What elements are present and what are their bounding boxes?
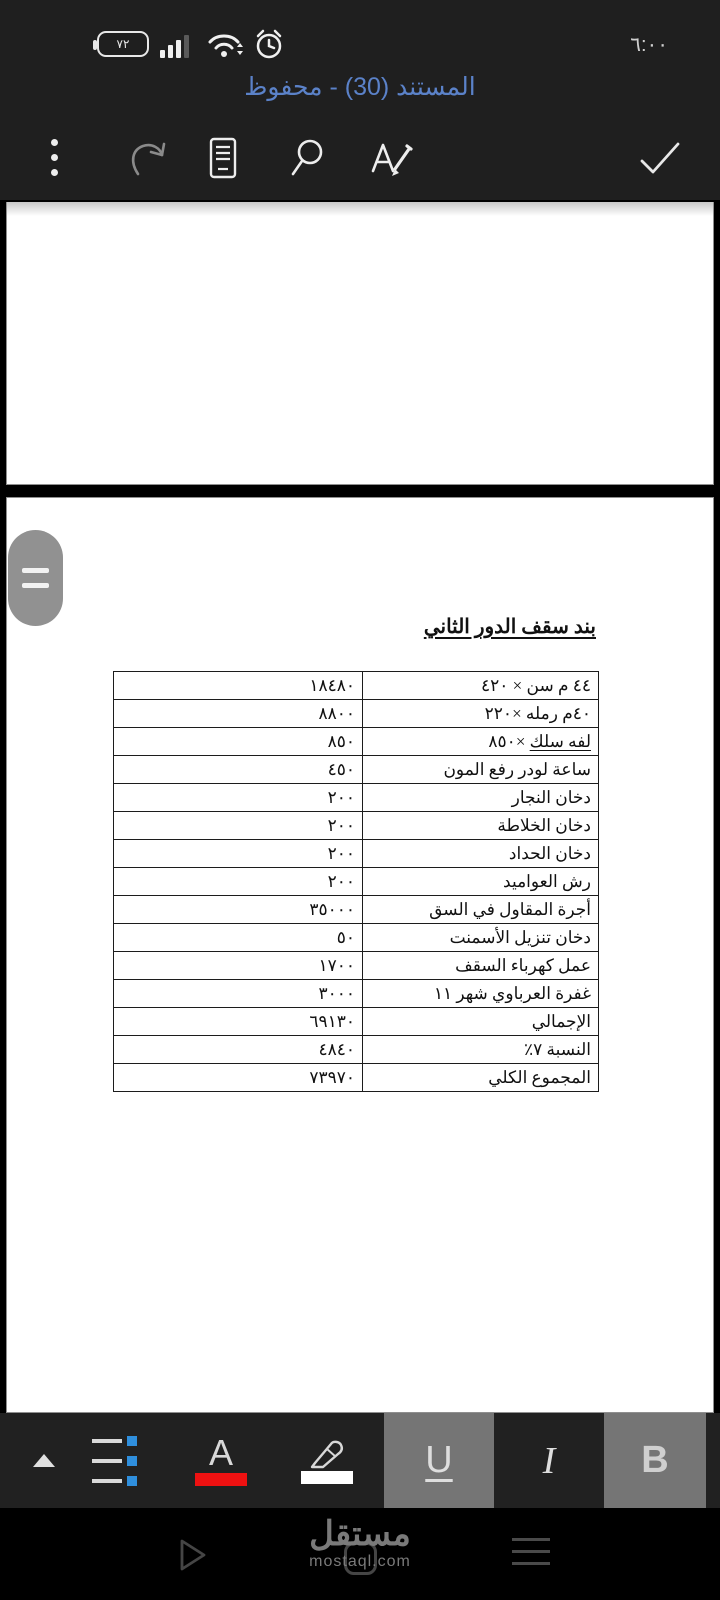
italic-label: I [543, 1439, 556, 1483]
item-value[interactable]: ٢٠٠ [114, 868, 363, 896]
redo-icon [124, 136, 168, 180]
italic-button[interactable]: I [494, 1413, 604, 1508]
table-row[interactable]: الإجمالي ٦٩١٣٠ [114, 1008, 599, 1036]
item-label[interactable]: الإجمالي [363, 1008, 599, 1036]
watermark-arabic-logo: مستقل [0, 1516, 720, 1553]
item-value[interactable]: ٢٠٠ [114, 812, 363, 840]
wifi-icon [206, 28, 246, 62]
item-value[interactable]: ٢٠٠ [114, 840, 363, 868]
table-row[interactable]: رش العواميد ٢٠٠ [114, 868, 599, 896]
battery-percent: ٧٢ [117, 37, 130, 51]
status-bar: ٦:٠٠ ٧٢ [0, 0, 720, 70]
table-row[interactable]: ٤٤ م سن × ٤٢٠ ١٨٤٨٠ [114, 672, 599, 700]
watermark: مستقل mostaql.com [0, 1516, 720, 1571]
mobile-view-button[interactable] [195, 115, 251, 200]
item-label[interactable]: أجرة المقاول في السق [363, 896, 599, 924]
item-value[interactable]: ٢٠٠ [114, 784, 363, 812]
table-row[interactable]: دخان الخلاطة ٢٠٠ [114, 812, 599, 840]
alarm-clock-icon [252, 27, 286, 61]
item-label[interactable]: دخان الحداد [363, 840, 599, 868]
item-value[interactable]: ٥٠ [114, 924, 363, 952]
item-value[interactable]: ٧٣٩٧٠ [114, 1064, 363, 1092]
scroll-handle[interactable] [8, 530, 63, 626]
battery-icon: ٧٢ [97, 31, 149, 57]
table-row[interactable]: ٤٠م رمله ×٢٢٠ ٨٨٠٠ [114, 700, 599, 728]
underlined-label-part: لفه سلك [530, 732, 591, 751]
chevron-up-icon [33, 1454, 55, 1467]
item-label[interactable]: دخان النجار [363, 784, 599, 812]
item-value[interactable]: ١٨٤٨٠ [114, 672, 363, 700]
font-color-button[interactable]: A [186, 1413, 256, 1508]
document-page-1[interactable] [6, 202, 714, 485]
highlighter-icon [303, 1437, 351, 1469]
format-toolbar: A U I B [0, 1413, 720, 1508]
item-label[interactable]: دخان الخلاطة [363, 812, 599, 840]
android-nav-bar: مستقل mostaql.com [0, 1508, 720, 1600]
item-label[interactable]: رش العواميد [363, 868, 599, 896]
item-value[interactable]: ١٧٠٠ [114, 952, 363, 980]
item-label[interactable]: لفه سلك ×٨٥٠ [363, 728, 599, 756]
bold-button[interactable]: B [604, 1413, 706, 1508]
format-text-button[interactable] [364, 115, 420, 200]
item-value[interactable]: ٣٥٠٠٠ [114, 896, 363, 924]
watermark-domain: mostaql.com [0, 1553, 720, 1571]
underline-button[interactable]: U [384, 1413, 494, 1508]
table-row[interactable]: المجموع الكلي ٧٣٩٧٠ [114, 1064, 599, 1092]
document-viewport[interactable]: بند سقف الدور الثاني ٤٤ م سن × ٤٢٠ ١٨٤٨٠… [0, 200, 720, 1413]
item-label[interactable]: ٤٤ م سن × ٤٢٠ [363, 672, 599, 700]
table-row[interactable]: عمل كهرباء السقف ١٧٠٠ [114, 952, 599, 980]
item-value[interactable]: ٤٨٤٠ [114, 1036, 363, 1064]
format-pen-icon [369, 137, 415, 179]
document-title: المستند (30) - محفوظ [0, 72, 720, 102]
table-row[interactable]: النسبة ٧٪ ٤٨٤٠ [114, 1036, 599, 1064]
item-label[interactable]: عمل كهرباء السقف [363, 952, 599, 980]
bold-label: B [641, 1439, 668, 1482]
item-label[interactable]: غفرة العرباوي شهر ١١ [363, 980, 599, 1008]
item-value[interactable]: ٣٠٠٠ [114, 980, 363, 1008]
table-row[interactable]: أجرة المقاول في السق ٣٥٠٠٠ [114, 896, 599, 924]
section-heading: بند سقف الدور الثاني [424, 614, 596, 639]
bullet-list-button[interactable] [82, 1413, 146, 1508]
kebab-icon [51, 139, 58, 176]
highlight-swatch [301, 1471, 353, 1484]
table-row[interactable]: غفرة العرباوي شهر ١١ ٣٠٠٠ [114, 980, 599, 1008]
table-row[interactable]: لفه سلك ×٨٥٠ ٨٥٠ [114, 728, 599, 756]
cost-table[interactable]: ٤٤ م سن × ٤٢٠ ١٨٤٨٠ ٤٠م رمله ×٢٢٠ ٨٨٠٠ ل… [113, 671, 599, 1092]
item-value[interactable]: ٨٨٠٠ [114, 700, 363, 728]
done-button[interactable] [632, 115, 688, 200]
item-value[interactable]: ٨٥٠ [114, 728, 363, 756]
redo-button[interactable] [118, 115, 174, 200]
item-label[interactable]: النسبة ٧٪ [363, 1036, 599, 1064]
app-toolbar [0, 115, 720, 200]
item-value[interactable]: ٤٥٠ [114, 756, 363, 784]
item-label[interactable]: المجموع الكلي [363, 1064, 599, 1092]
check-icon [638, 139, 682, 177]
signal-strength-icon [160, 34, 196, 58]
item-label[interactable]: ٤٠م رمله ×٢٢٠ [363, 700, 599, 728]
search-button[interactable] [280, 115, 336, 200]
bullet-list-icon [92, 1436, 137, 1486]
item-label[interactable]: ساعة لودر رفع المون [363, 756, 599, 784]
overflow-menu-button[interactable] [26, 115, 82, 200]
underline-label: U [425, 1439, 452, 1482]
font-color-icon: A [209, 1435, 233, 1471]
font-color-swatch [195, 1473, 247, 1486]
highlight-button[interactable] [292, 1413, 362, 1508]
word-mobile-app: ٦:٠٠ ٧٢ المستند (30) - محفوظ [0, 0, 720, 1600]
label-part: ×٨٥٠ [488, 732, 529, 751]
collapse-toolbar-button[interactable] [18, 1413, 70, 1508]
item-label[interactable]: دخان تنزيل الأسمنت [363, 924, 599, 952]
document-page-2[interactable]: بند سقف الدور الثاني ٤٤ م سن × ٤٢٠ ١٨٤٨٠… [6, 497, 714, 1413]
clock-time: ٦:٠٠ [630, 32, 668, 57]
table-row[interactable]: ساعة لودر رفع المون ٤٥٠ [114, 756, 599, 784]
document-layout-icon [207, 136, 239, 180]
item-value[interactable]: ٦٩١٣٠ [114, 1008, 363, 1036]
table-row[interactable]: دخان تنزيل الأسمنت ٥٠ [114, 924, 599, 952]
table-row[interactable]: دخان الحداد ٢٠٠ [114, 840, 599, 868]
search-icon [288, 137, 328, 179]
table-row[interactable]: دخان النجار ٢٠٠ [114, 784, 599, 812]
